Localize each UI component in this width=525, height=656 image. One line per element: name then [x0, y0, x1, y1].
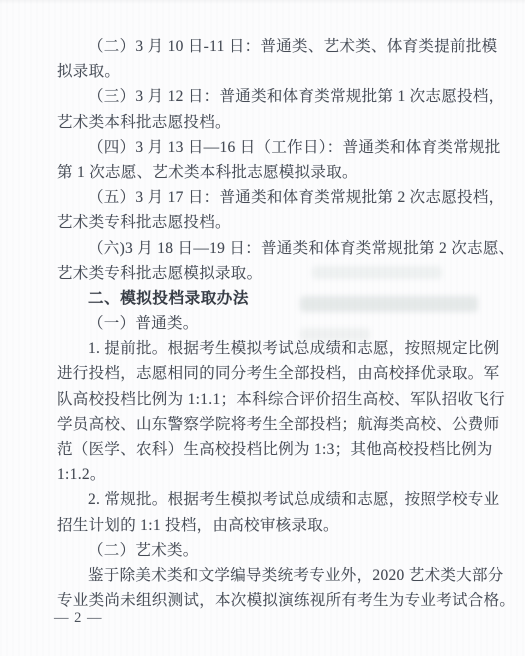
text-line: 队高校投档比例为 1:1.1；本科综合评价招生高校、军队招收飞行 — [57, 387, 487, 412]
text-line: 1:1.2。 — [57, 462, 487, 487]
text-line: 第 1 次志愿、艺术类本科批志愿模拟录取。 — [57, 160, 487, 185]
text-line: 1. 提前批。根据考生模拟考试总成绩和志愿，按照规定比例 — [57, 336, 487, 361]
text-line: 艺术类专科批志愿投档。 — [57, 210, 487, 235]
text-line: 拟录取。 — [57, 59, 487, 84]
text-line: （五）3 月 17 日：普通类和体育类常规批第 2 次志愿投档， — [57, 185, 487, 210]
text-line: 2. 常规批。根据考生模拟考试总成绩和志愿，按照学校专业 — [57, 487, 487, 512]
text-line: 学员高校、山东警察学院将考生全部投档；航海类高校、公费师 — [57, 412, 487, 437]
text-line: 招生计划的 1:1 投档，由高校审核录取。 — [57, 513, 487, 538]
text-line: 范（医学、农科）生高校投档比例为 1:3；其他高校投档比例为 — [57, 437, 487, 462]
text-line: 艺术类专科批志愿模拟录取。 — [57, 261, 487, 286]
section-heading-line: 二、模拟投档录取办法 — [57, 286, 487, 311]
text-line: （二）艺术类。 — [57, 538, 487, 563]
text-line: 鉴于除美术类和文学编导类统考专业外，2020 艺术类大部分 — [57, 563, 487, 588]
text-line: （四）3 月 13 日—16 日（工作日）：普通类和体育类常规批 — [57, 135, 487, 160]
text-line: 专业类尚未组织测试，本次模拟演练视所有考生为专业考试合格。 — [57, 588, 487, 613]
text-line: （一）普通类。 — [57, 311, 487, 336]
document-body: （二）3 月 10 日-11 日：普通类、艺术类、体育类提前批模拟录取。（三）3… — [57, 34, 487, 613]
text-line: 进行投档，志愿相同的同分考生全部投档，由高校择优录取。军 — [57, 361, 487, 386]
page-number: — 2 — — [54, 610, 103, 627]
text-line: 艺术类本科批志愿投档。 — [57, 110, 487, 135]
text-line: （二）3 月 10 日-11 日：普通类、艺术类、体育类提前批模 — [57, 34, 487, 59]
scanned-document-page: （二）3 月 10 日-11 日：普通类、艺术类、体育类提前批模拟录取。（三）3… — [0, 0, 525, 656]
text-line: （三）3 月 12 日：普通类和体育类常规批第 1 次志愿投档， — [57, 84, 487, 109]
text-line: （六)3 月 18 日—19 日：普通类和体育类常规批第 2 次志愿、 — [57, 236, 487, 261]
